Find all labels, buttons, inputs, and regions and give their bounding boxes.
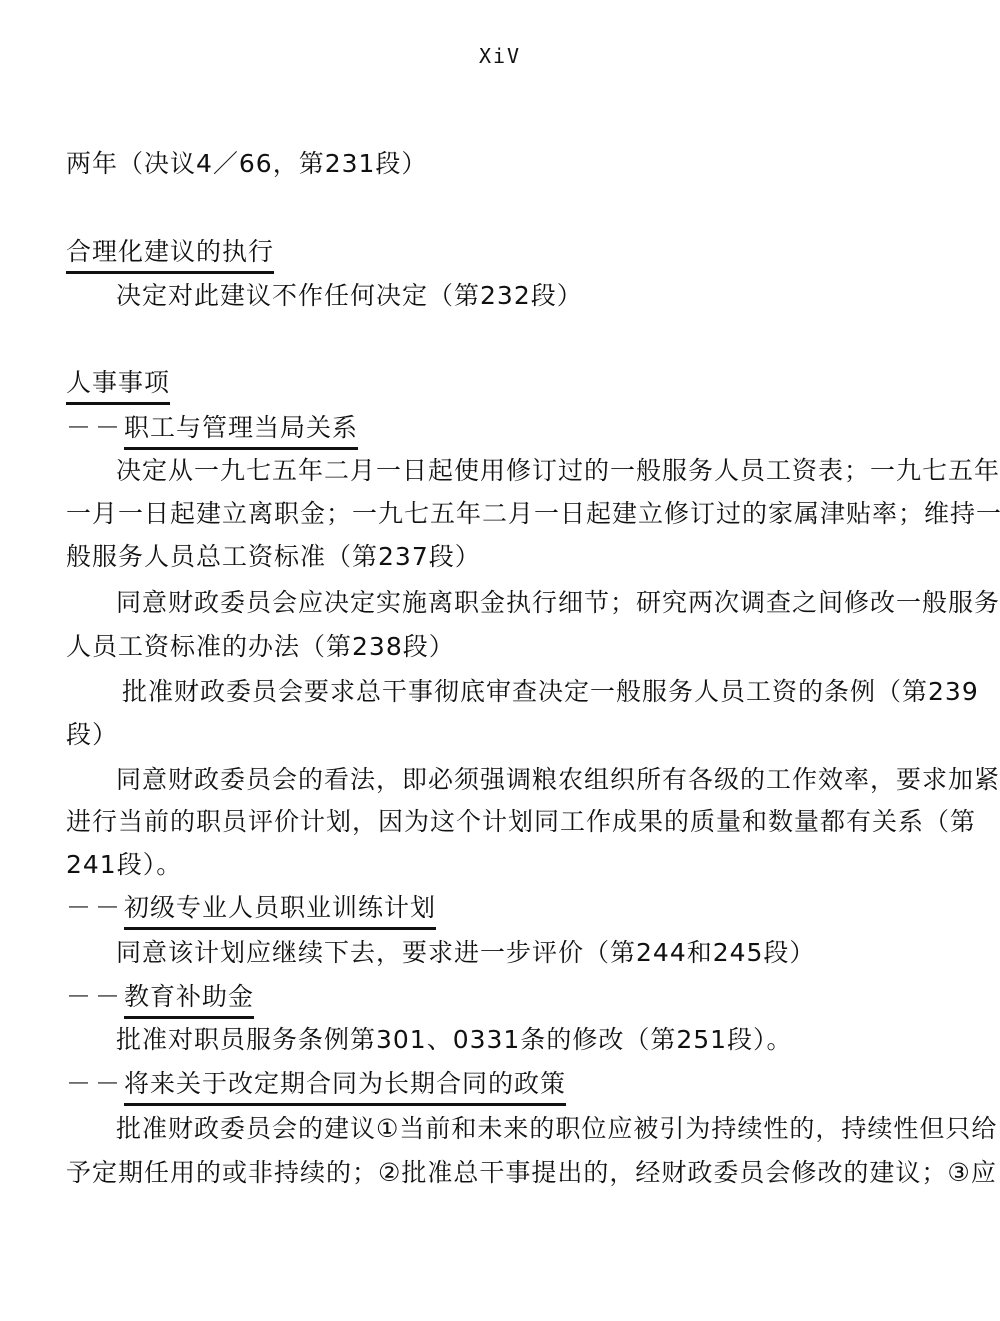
paragraph-line: 般服务人员总工资标准（第237段） <box>66 541 481 573</box>
paragraph-line: 段） <box>66 719 118 751</box>
section-heading-personnel: 人事事项 <box>66 367 170 405</box>
subsection-heading-contract-policy: －－将来关于改定期合同为长期合同的政策 <box>66 1068 566 1106</box>
paragraph-line: 批准对职员服务条例第301、0331条的修改（第251段）。 <box>116 1024 793 1056</box>
subsection-heading-education-grant: －－教育补助金 <box>66 981 254 1019</box>
paragraph-line: 决定对此建议不作任何决定（第232段） <box>116 280 583 312</box>
paragraph-line: 一月一日起建立离职金；一九七五年二月一日起建立修订过的家属津贴率；维持一 <box>66 498 1000 530</box>
section-heading-rationalization: 合理化建议的执行 <box>66 236 274 274</box>
continuation-line: 两年（决议4／66，第231段） <box>66 148 427 180</box>
subsection-heading-text: 初级专业人员职业训练计划 <box>124 892 436 930</box>
section-heading-text: 合理化建议的执行 <box>66 236 274 274</box>
dash-prefix: －－ <box>66 893 124 922</box>
paragraph-line: 决定从一九七五年二月一日起使用修订过的一般服务人员工资表；一九七五年 <box>116 455 1000 487</box>
subsection-heading-text: 职工与管理当局关系 <box>124 412 358 450</box>
subsection-heading-text: 将来关于改定期合同为长期合同的政策 <box>124 1068 566 1106</box>
paragraph-line: 同意该计划应继续下去，要求进一步评价（第244和245段） <box>116 937 815 969</box>
paragraph-line: 进行当前的职员评价计划，因为这个计划同工作成果的质量和数量都有关系（第 <box>66 806 976 838</box>
paragraph-line: 241段）。 <box>66 849 182 881</box>
section-heading-text: 人事事项 <box>66 367 170 405</box>
subsection-heading-text: 教育补助金 <box>124 981 254 1019</box>
dash-prefix: －－ <box>66 413 124 442</box>
paragraph-line: 予定期任用的或非持续的；②批准总干事提出的，经财政委员会修改的建议；③应 <box>66 1157 997 1189</box>
subsection-heading-associate-experts: －－初级专业人员职业训练计划 <box>66 892 436 930</box>
subsection-heading-staff-relations: －－职工与管理当局关系 <box>66 412 358 450</box>
paragraph-line: 人员工资标准的办法（第238段） <box>66 631 455 663</box>
dash-prefix: －－ <box>66 982 124 1011</box>
paragraph-line: 批准财政委员会要求总干事彻底审查决定一般服务人员工资的条例（第239 <box>122 676 979 708</box>
dash-prefix: －－ <box>66 1069 124 1098</box>
paragraph-line: 批准财政委员会的建议①当前和未来的职位应被引为持续性的，持续性但只给 <box>116 1113 997 1145</box>
page-number: XiV <box>0 44 1000 68</box>
paragraph-line: 同意财政委员会应决定实施离职金执行细节；研究两次调查之间修改一般服务 <box>116 587 1000 619</box>
paragraph-line: 同意财政委员会的看法，即必须强调粮农组织所有各级的工作效率，要求加紧 <box>116 764 1000 796</box>
